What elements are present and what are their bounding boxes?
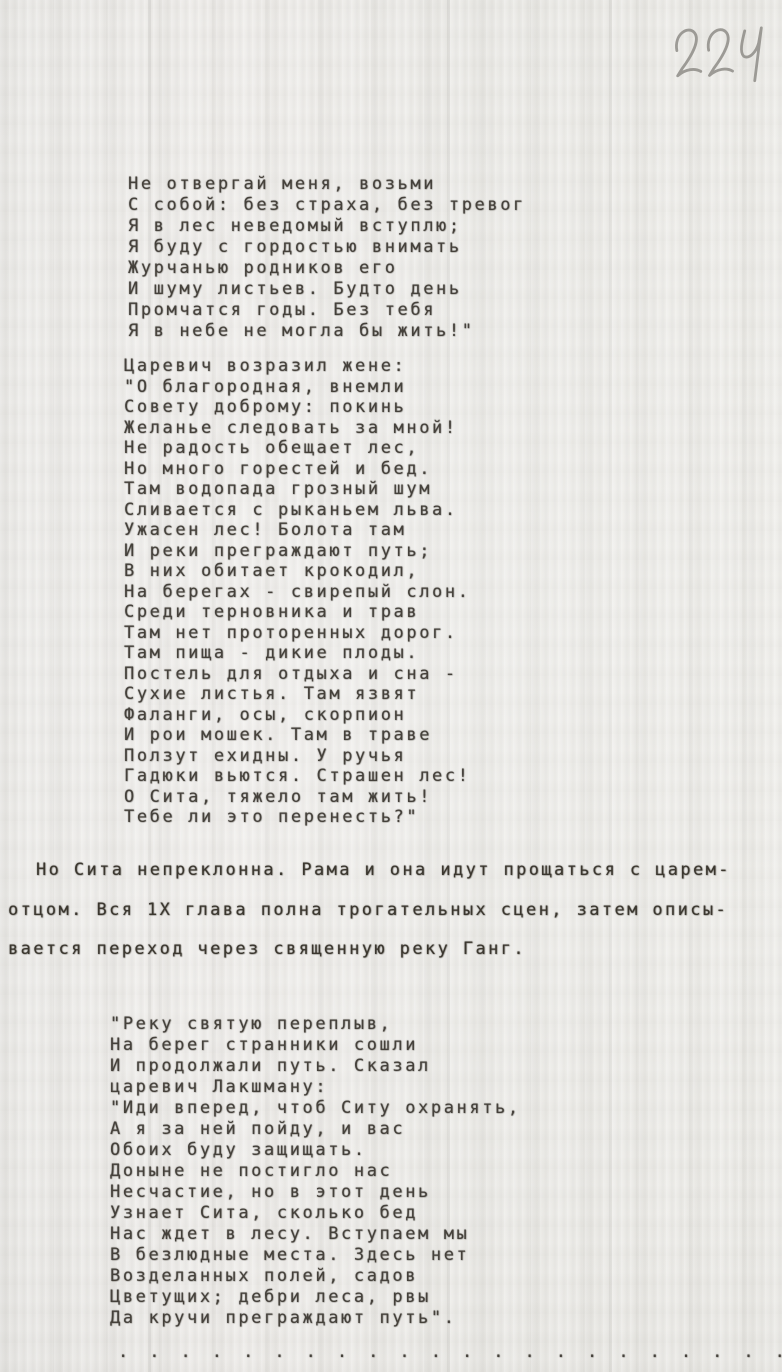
text-line: И рои мошек. Там в траве [124, 725, 471, 746]
text-line: И продолжали путь. Сказал [110, 1056, 521, 1077]
text-line: Ужасен лес! Болота там [124, 520, 471, 541]
text-line: Но Сита непреклонна. Рама и она идут про… [8, 851, 731, 891]
text-line: И реки преграждают путь; [124, 541, 471, 562]
handwritten-page-number: 224 [663, 8, 781, 100]
verse-stanza-1: Не отвергай меня, возьмиС собой: без стр… [128, 174, 526, 342]
text-line: Там нет проторенных дорог. [124, 623, 471, 644]
digit-4-stroke [740, 28, 765, 82]
text-line: Среди терновника и трав [124, 602, 471, 623]
text-line: Там водопада грозный шум [124, 479, 471, 500]
text-line: Я в небе не могла бы жить!" [128, 321, 526, 342]
text-line: Не отвергай меня, возьми [128, 174, 526, 195]
text-line: царевич Лакшману: [110, 1077, 521, 1098]
text-line: Царевич возразил жене: [124, 356, 471, 377]
text-line: Не радость обещает лес, [124, 438, 471, 459]
text-line: Совету доброму: покинь [124, 397, 471, 418]
text-line: Желанье следовать за мной! [124, 418, 471, 439]
text-line: Сухие листья. Там язвят [124, 684, 471, 705]
digit-2-stroke [706, 29, 732, 75]
digit-2-stroke [675, 29, 701, 75]
text-line: Да кручи преграждают путь". [110, 1308, 521, 1329]
text-line: Ползут ехидны. У ручья [124, 746, 471, 767]
text-line: Доныне не постигло нас [110, 1161, 521, 1182]
text-line: На берегах - свирепый слон. [124, 582, 471, 603]
text-line: Возделанных полей, садов [110, 1266, 521, 1287]
text-line: Но много горестей и бед. [124, 459, 471, 480]
text-line: Обоих буду защищать. [110, 1140, 521, 1161]
text-line: Постель для отдыха и сна - [124, 664, 471, 685]
text-line: Цветущих; дебри леса, рвы [110, 1287, 521, 1308]
text-line: В безлюдные места. Здесь нет [110, 1245, 521, 1266]
text-line: Несчастие, но в этот день [110, 1182, 521, 1203]
text-line: "О благородная, внемли [124, 377, 471, 398]
text-line: Журчанью родников его [128, 258, 526, 279]
scanned-page: 224 Не отвергай меня, возьмиС собой: без… [0, 0, 782, 1372]
text-line: отцом. Вся 1Х глава полна трогательных с… [8, 891, 731, 931]
text-line: А я за ней пойду, и вас [110, 1119, 521, 1140]
verse-stanza-3: "Реку святую переплыв,На берег странники… [110, 1014, 521, 1329]
text-line: Я в лес неведомый вступлю; [128, 216, 526, 237]
text-line: Фаланги, осы, скорпион [124, 705, 471, 726]
scan-streak [609, 0, 612, 1372]
text-line: "Реку святую переплыв, [110, 1014, 521, 1035]
text-line: Промчатся годы. Без тебя [128, 300, 526, 321]
text-line: С собой: без страха, без тревог [128, 195, 526, 216]
verse-stanza-2: Царевич возразил жене:"О благородная, вн… [124, 356, 471, 828]
text-line: Узнает Сита, сколько бед [110, 1203, 521, 1224]
text-line: Тебе ли это перенесть?" [124, 807, 471, 828]
text-line: Сливается с рыканьем льва. [124, 500, 471, 521]
ellipsis-line: . . . . . . . . . . . . . . . . . . . . … [118, 1342, 782, 1363]
text-line: На берег странники сошли [110, 1035, 521, 1056]
text-line: О Сита, тяжело там жить! [124, 787, 471, 808]
text-line: вается переход через священную реку Ганг… [8, 930, 731, 970]
text-line: Я буду с гордостью внимать [128, 237, 526, 258]
text-line: Гадюки вьются. Страшен лес! [124, 766, 471, 787]
prose-paragraph: Но Сита непреклонна. Рама и она идут про… [8, 851, 731, 970]
text-line: В них обитает крокодил, [124, 561, 471, 582]
text-line: Там пища - дикие плоды. [124, 643, 471, 664]
text-line: И шуму листьев. Будто день [128, 279, 526, 300]
text-line: "Иди вперед, чтоб Ситу охранять, [110, 1098, 521, 1119]
text-line: Нас ждет в лесу. Вступаем мы [110, 1224, 521, 1245]
